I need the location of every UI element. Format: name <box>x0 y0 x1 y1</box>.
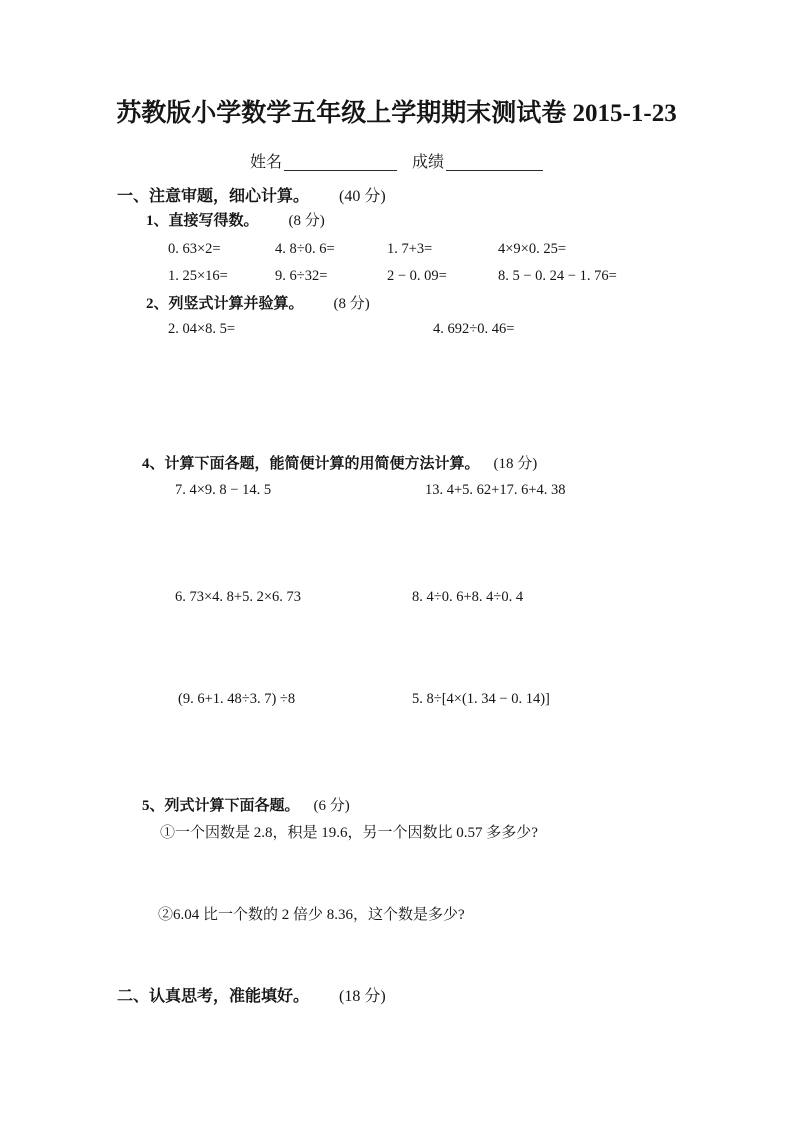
problem-mental-1: 0. 63×2= <box>168 240 221 259</box>
name-label: 姓名 <box>250 149 282 172</box>
score-label: 成绩 <box>412 149 444 172</box>
section2-heading-text: 二、认真思考，准能填好。 <box>117 988 309 1005</box>
problem-mental-3: 1. 7+3= <box>387 240 432 259</box>
item5-heading: 5、列式计算下面各题。(6 分) <box>142 796 350 816</box>
problem-simplify-6: 5. 8÷[4×(1. 34 − 0. 14)] <box>412 690 550 709</box>
problem-simplify-2: 13. 4+5. 62+17. 6+4. 38 <box>425 481 566 500</box>
item2-heading: 2、列竖式计算并验算。(8 分) <box>146 294 370 314</box>
problem-vertical-2: 4. 692÷0. 46= <box>433 320 514 339</box>
problem-mental-7: 2 − 0. 09= <box>387 267 447 286</box>
section1-points: (40 分) <box>339 188 386 205</box>
name-blank <box>284 149 397 171</box>
problem-simplify-5: (9. 6+1. 48÷3. 7) ÷8 <box>178 690 295 709</box>
score-blank <box>446 149 543 171</box>
section1-heading: 一、注意审题，细心计算。(40 分) <box>117 187 386 207</box>
problem-vertical-1: 2. 04×8. 5= <box>168 320 235 339</box>
problem-mental-8: 8. 5 − 0. 24 − 1. 76= <box>498 267 617 286</box>
test-paper-page: 苏教版小学数学五年级上学期期末测试卷 2015-1-23 姓名 成绩 一、注意审… <box>0 0 793 1122</box>
item4-label: 4、计算下面各题，能简便计算的用简便方法计算。 <box>142 456 480 472</box>
section1-heading-text: 一、注意审题，细心计算。 <box>117 188 309 205</box>
item4-points: (18 分) <box>494 456 538 472</box>
item2-points: (8 分) <box>334 296 370 312</box>
problem-mental-5: 1. 25×16= <box>168 267 228 286</box>
item1-heading: 1、直接写得数。(8 分) <box>146 211 325 231</box>
problem-simplify-3: 6. 73×4. 8+5. 2×6. 73 <box>175 588 301 607</box>
section2-heading: 二、认真思考，准能填好。(18 分) <box>117 987 386 1007</box>
word-problem-1: ①一个因数是 2.8，积是 19.6，另一个因数比 0.57 多多少? <box>160 823 538 843</box>
problem-mental-2: 4. 8÷0. 6= <box>275 240 335 259</box>
problem-mental-6: 9. 6÷32= <box>275 267 327 286</box>
item5-points: (6 分) <box>314 798 350 814</box>
problem-mental-4: 4×9×0. 25= <box>498 240 566 259</box>
item5-label: 5、列式计算下面各题。 <box>142 798 300 814</box>
item4-heading: 4、计算下面各题，能简便计算的用简便方法计算。(18 分) <box>142 454 537 474</box>
problem-simplify-4: 8. 4÷0. 6+8. 4÷0. 4 <box>412 588 523 607</box>
problem-simplify-1: 7. 4×9. 8 − 14. 5 <box>175 481 271 500</box>
item1-label: 1、直接写得数。 <box>146 213 259 229</box>
item2-label: 2、列竖式计算并验算。 <box>146 296 304 312</box>
item1-points: (8 分) <box>289 213 325 229</box>
page-title: 苏教版小学数学五年级上学期期末测试卷 2015-1-23 <box>0 93 793 129</box>
word-problem-2: ②6.04 比一个数的 2 倍少 8.36，这个数是多少? <box>158 905 465 925</box>
section2-points: (18 分) <box>339 988 386 1005</box>
